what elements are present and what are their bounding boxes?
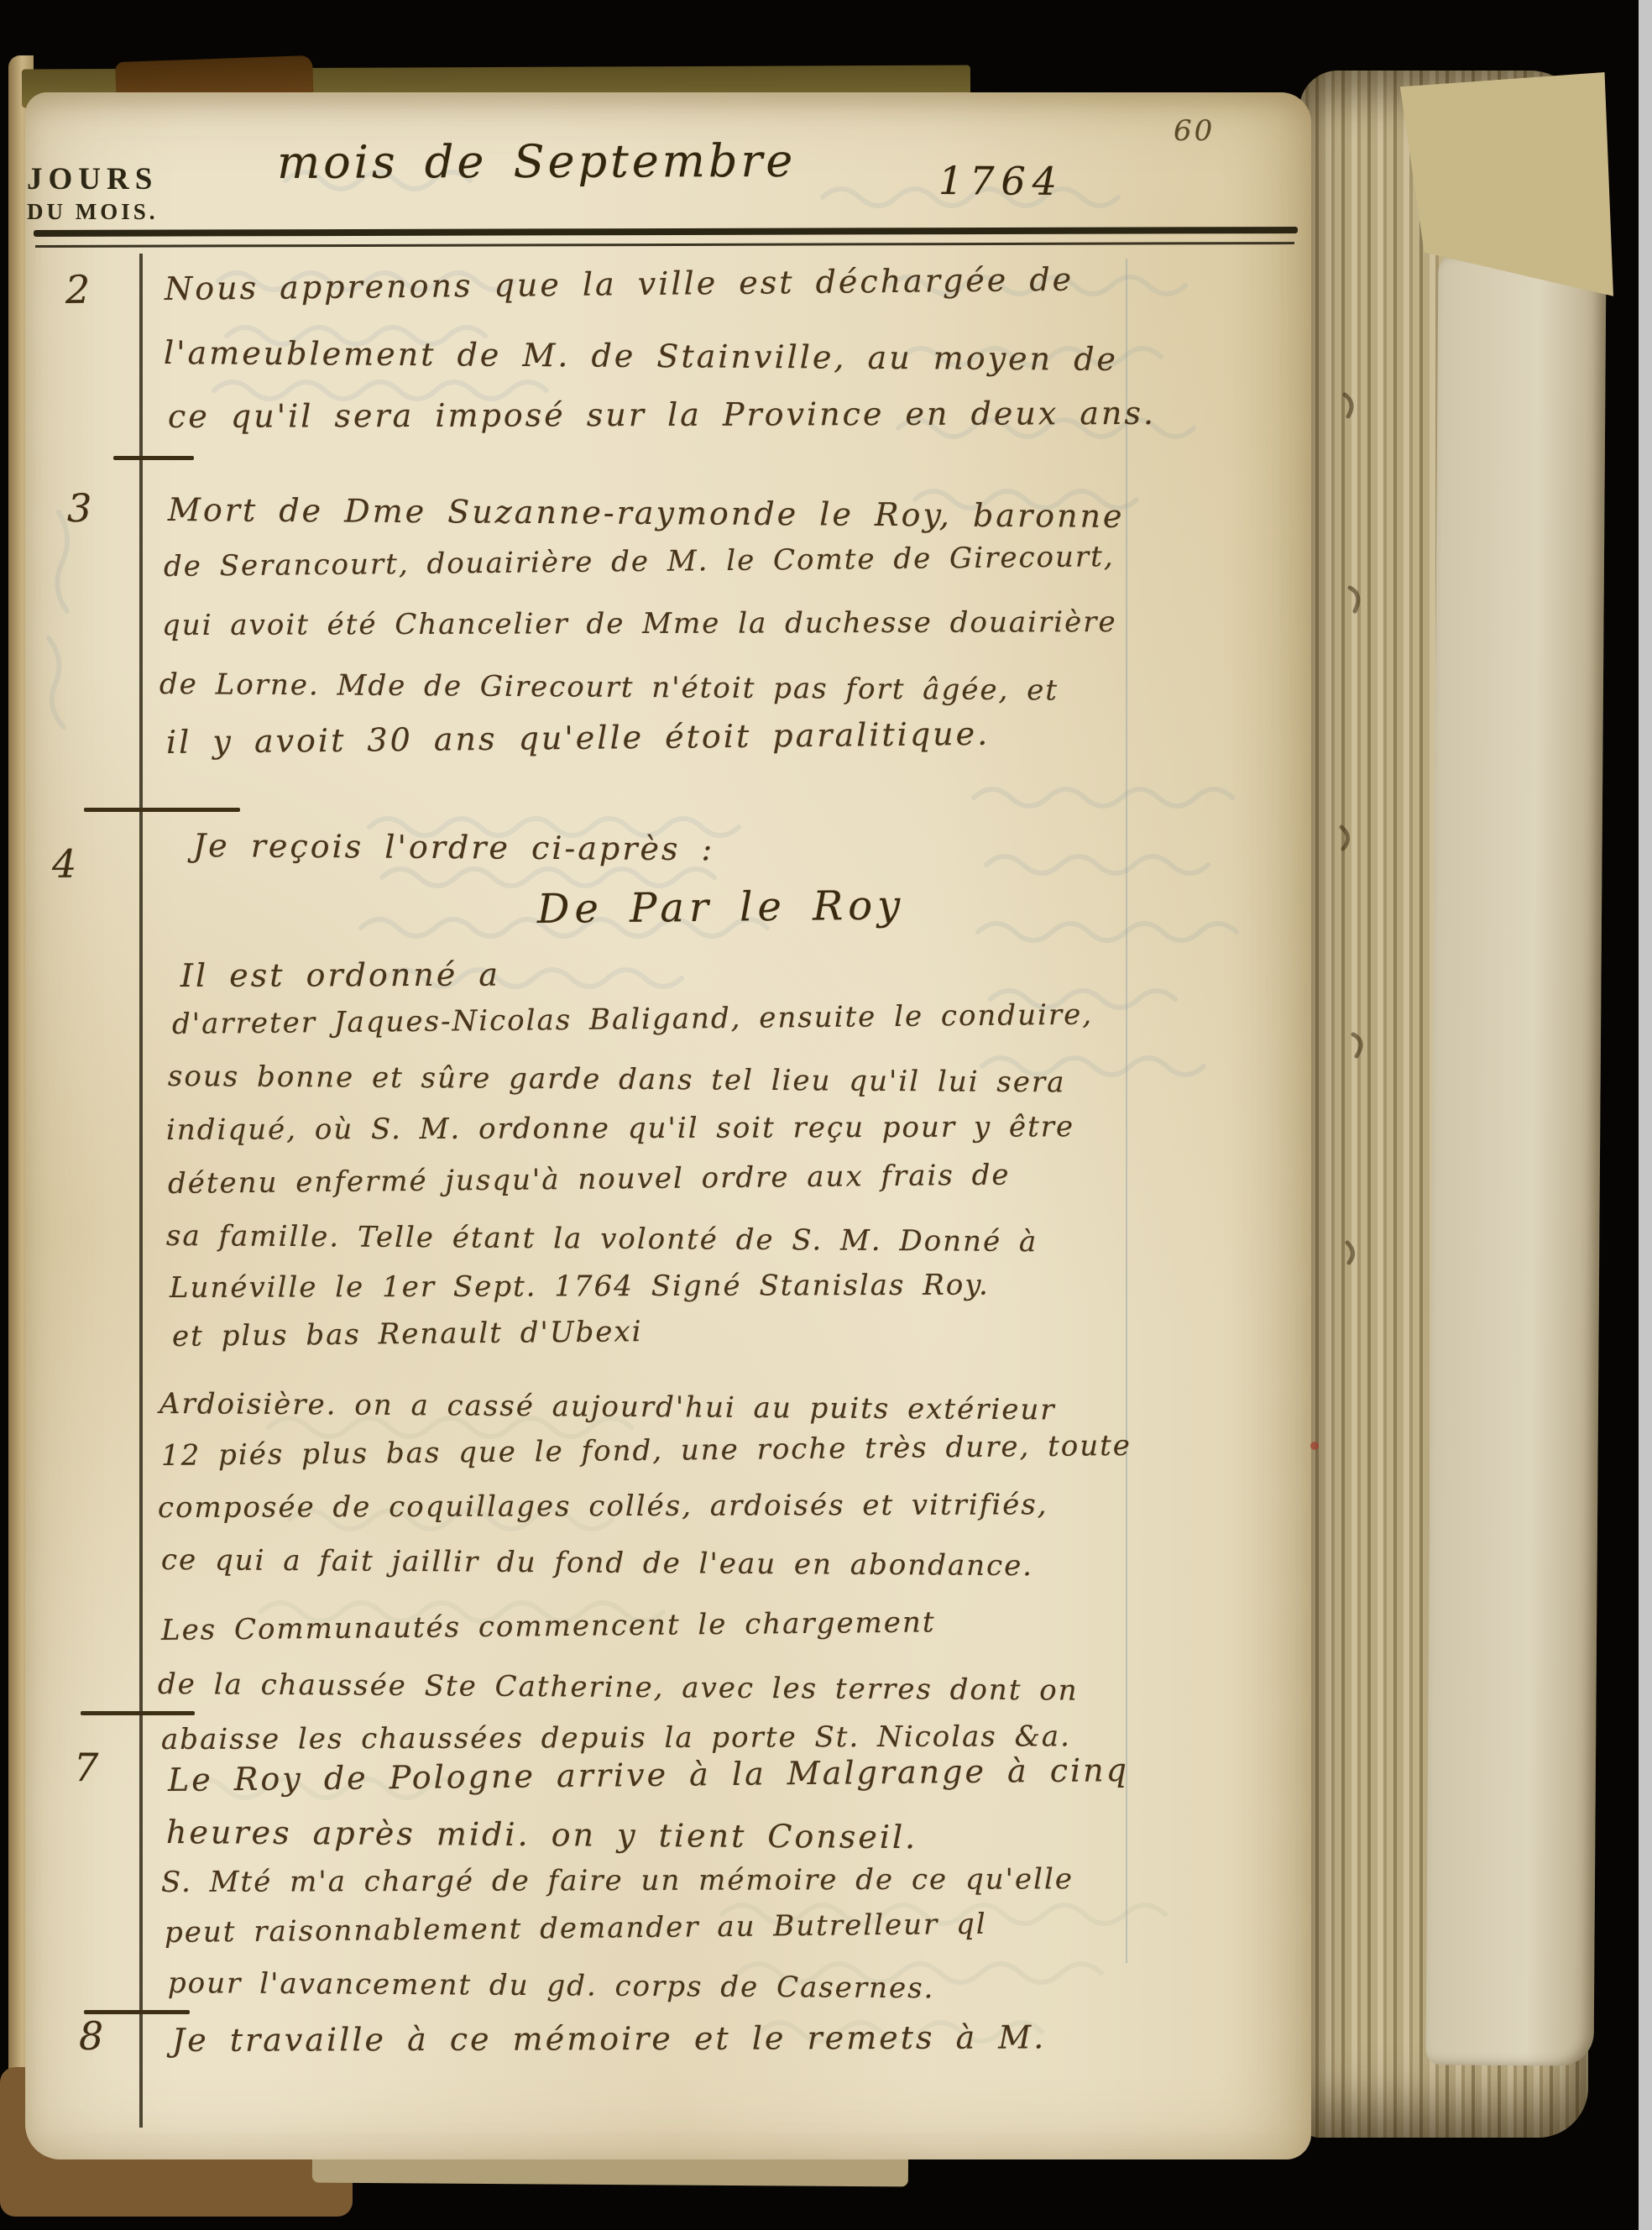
entry-line: Il est ordonné a: [180, 956, 500, 994]
entry-line: Mort de Dme Suzanne-raymonde le Roy, bar…: [168, 491, 1125, 535]
entry-line: ce qu'il sera imposé sur la Province en …: [168, 395, 1156, 435]
days-column-header: JOURS DU MOIS.: [27, 161, 159, 225]
scanner-edge-strip: [1639, 0, 1652, 2230]
entry-line: Je reçois l'ordre ci-après :: [193, 827, 715, 867]
year-label: 1764: [938, 158, 1064, 204]
day-number: 8: [79, 2013, 107, 2059]
day-number: 2: [65, 267, 93, 312]
right-margin-line: [1126, 259, 1127, 1963]
day-number: 3: [67, 485, 95, 531]
entry-line: pour l'avancement du gd. corps de Casern…: [168, 1966, 935, 2005]
outer-leaf: [1425, 251, 1606, 2065]
entry-line: sous bonne et sûre garde dans tel lieu q…: [168, 1060, 1066, 1099]
entry-separator-tick: [84, 808, 240, 812]
entry-separator-tick: [81, 1711, 195, 1715]
days-column-header-line1: JOURS: [27, 161, 159, 197]
page-number: 60: [1174, 114, 1215, 148]
royal-order-heading: De Par le Roy: [537, 882, 906, 933]
entry-line: ce qui a fait jaillir du fond de l'eau e…: [161, 1543, 1033, 1583]
day-number: 7: [74, 1745, 102, 1790]
scanned-manuscript-journal: JOURS DU MOIS. mois de Septembre 1764 60…: [0, 0, 1652, 2230]
day-number: 4: [52, 841, 80, 887]
entry-line: indiqué, où S. M. ordonne qu'il soit reç…: [166, 1110, 1074, 1147]
entry-line: S. Mté m'a chargé de faire un mémoire de…: [161, 1862, 1074, 1899]
entry-line: Lunéville le 1er Sept. 1764 Signé Stanis…: [170, 1269, 990, 1305]
day-column-rule: [139, 254, 143, 2128]
month-title: mois de Septembre: [277, 134, 796, 189]
entry-line: l'ameublement de M. de Stainville, au mo…: [164, 334, 1118, 378]
entry-line: qui avoit été Chancelier de Mme la duche…: [162, 605, 1117, 642]
entry-line: Je travaille à ce mémoire et le remets à…: [172, 2018, 1046, 2059]
entry-separator-tick: [113, 456, 194, 460]
entry-line: heures après midi. on y tient Conseil.: [166, 1814, 918, 1856]
entry-line: de la chaussée Ste Catherine, avec les t…: [158, 1667, 1079, 1708]
entry-line: abaisse les chaussées depuis la porte St…: [161, 1720, 1071, 1756]
entry-line: composée de coquillages collés, ardoisés…: [158, 1488, 1048, 1525]
entry-line: sa famille. Telle étant la volonté de S.…: [166, 1219, 1038, 1259]
entry-line: et plus bas Renault d'Ubexi: [172, 1315, 643, 1353]
entry-line: Ardoisière. on a cassé aujourd'hui au pu…: [159, 1387, 1056, 1426]
days-column-header-line2: DU MOIS.: [27, 199, 159, 225]
entry-line: de Lorne. Mde de Girecourt n'étoit pas f…: [159, 667, 1059, 707]
